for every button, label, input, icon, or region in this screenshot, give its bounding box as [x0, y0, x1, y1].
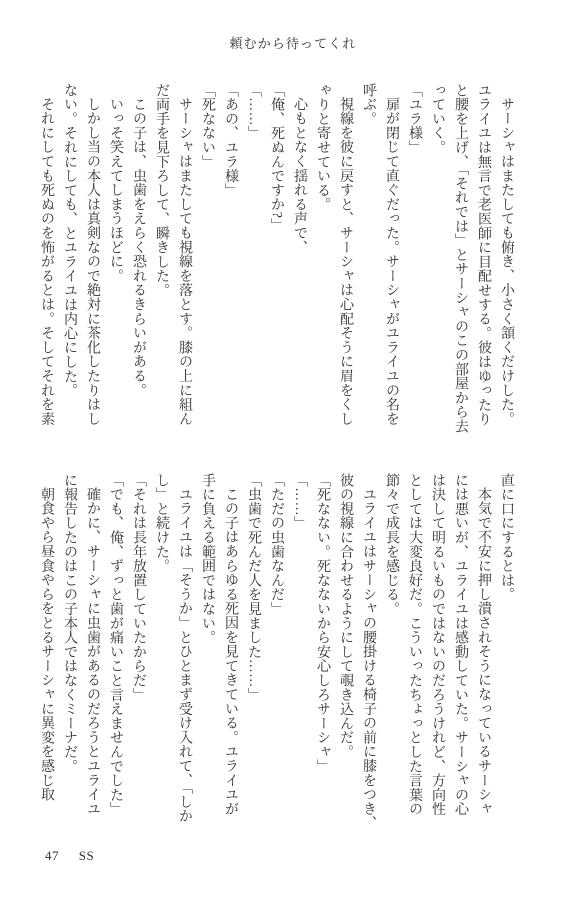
- upper-text-block: サーシャはまたしても俯き、小さく頷くだけした。 ユライユは無言で老医師に目配せす…: [34, 83, 518, 457]
- text-column: 節々で成長を感じる。: [380, 473, 403, 847]
- text-column: には悪いが、ユライユは感動していた。サーシャの心: [449, 473, 472, 847]
- text-column: 「虫歯で死んだ人を見ました……」: [242, 473, 265, 847]
- text-column: いっそ笑えてしまうほどに。: [104, 83, 127, 457]
- text-column: 「……」: [242, 83, 265, 457]
- text-column: 「それは長年放置していたからだ」: [127, 473, 150, 847]
- text-column: 「……」: [288, 473, 311, 847]
- page-number: 47: [45, 848, 59, 863]
- text-column: 朝食やら昼食やらをとるサーシャに異変を感じ取: [35, 473, 58, 847]
- novel-page: 頼むから待ってくれ サーシャはまたしても俯き、小さく頷くだけした。 ユライユは無…: [0, 0, 586, 900]
- section-label: SS: [79, 848, 94, 863]
- text-column: に報告したのはこの子本人ではなくミーナだ。: [58, 473, 81, 847]
- text-column: しかし当の本人は真剣なので絶対に茶化したりはし: [81, 83, 104, 457]
- text-column: 呼ぶ。: [357, 83, 380, 457]
- text-column: この子はあらゆる死因を見てきている。ユライユが: [219, 473, 242, 847]
- text-column: は決して明るいものではないのだろうけれど、方向性: [426, 473, 449, 847]
- text-column: 手に負える範囲ではない。: [196, 473, 219, 847]
- text-column: ユライユは無言で老医師に目配せする。彼はゆったり: [472, 83, 495, 457]
- lower-text-block: 直に口にするとは。 本気で不安に押し潰されそうになっているサーシャ には悪いが、…: [34, 473, 518, 847]
- text-column: 「ユラ様」: [403, 83, 426, 457]
- text-column: ユライユはサーシャの腰掛ける椅子の前に膝をつき、: [357, 473, 380, 847]
- text-column: 心もとなく揺れる声で、: [288, 83, 311, 457]
- text-column: 「あの、ユラ様」: [219, 83, 242, 457]
- text-column: 「ただの虫歯なんだ」: [265, 473, 288, 847]
- text-column: し」と続けた。: [150, 473, 173, 847]
- text-column: 「でも、俺、ずっと歯が痛いこと言えませんでした」: [104, 473, 127, 847]
- text-column: ない。それにしても、とユライユは内心にした。: [58, 83, 81, 457]
- text-column: としては大変良好だ。こういったちょっとした言葉の: [403, 473, 426, 847]
- text-column: サーシャはまたしても俯き、小さく頷くだけした。: [495, 83, 518, 457]
- text-column: 直に口にするとは。: [495, 473, 518, 847]
- text-column: っていく。: [426, 83, 449, 457]
- text-column: だ両手を見下ろして、瞬きした。: [150, 83, 173, 457]
- text-column: この子は、虫歯をえらく恐れるきらいがある。: [127, 83, 150, 457]
- text-column: ユライユは「そうか」とひとまず受け入れて、「しか: [173, 473, 196, 847]
- text-column: 視線を彼に戻すと、サーシャは心配そうに眉をくし: [334, 83, 357, 457]
- text-column: 本気で不安に押し潰されそうになっているサーシャ: [472, 473, 495, 847]
- page-footer: 47 SS: [45, 848, 94, 864]
- text-column: 「俺、死ぬんですか?」: [265, 83, 288, 457]
- text-column: それにしても死ぬのを怖がるとは。そしてそれを素: [35, 83, 58, 457]
- page-title: 頼むから待ってくれ: [0, 33, 586, 52]
- text-column: 確かに、サーシャに虫歯があるのだろうとユライユ: [81, 473, 104, 847]
- text-column: 「死なない。死なないから安心しろサーシャ」: [311, 473, 334, 847]
- text-column: ゃりと寄せている。: [311, 83, 334, 457]
- text-column: 彼の視線に合わせるようにして覗き込んだ。: [334, 473, 357, 847]
- text-column: サーシャはまたしても視線を落とす。膝の上に組ん: [173, 83, 196, 457]
- text-column: 「死なない」: [196, 83, 219, 457]
- text-column: 扉が閉じて直ぐだった。サーシャがユライユの名を: [380, 83, 403, 457]
- text-column: と腰を上げ、「それでは」とサーシャのこの部屋から去: [449, 83, 472, 457]
